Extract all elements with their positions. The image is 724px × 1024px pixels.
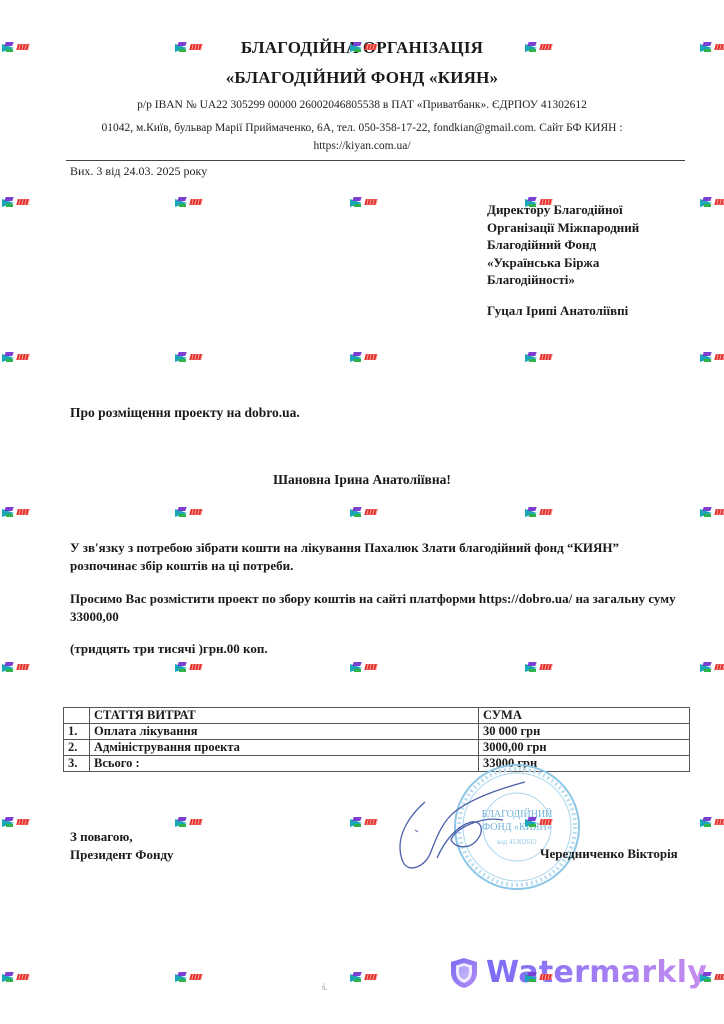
body-paragraph-3: (тридцять три тисячі )грн.00 коп.: [70, 640, 682, 658]
table-row: 2. Адміністрування проекта 3000,00 грн: [64, 740, 690, 756]
charity-logo-icon: [175, 197, 205, 209]
charity-logo-icon: [525, 507, 555, 519]
charity-logo-icon: [700, 662, 724, 674]
row-num: 2.: [64, 740, 90, 756]
charity-logo-icon: [350, 507, 380, 519]
charity-logo-icon: [700, 197, 724, 209]
charity-logo-icon: [525, 42, 555, 54]
charity-logo-icon: [350, 972, 380, 984]
row-num: 1.: [64, 724, 90, 740]
watermarkly-badge: Watermarkly: [450, 955, 707, 990]
body-paragraph-2: Просимо Вас розмістити проект по збору к…: [70, 590, 682, 626]
table-row: 1. Оплата лікування 30 000 грн: [64, 724, 690, 740]
charity-logo-icon: [175, 42, 205, 54]
addressee-line: «Українська Біржа: [487, 254, 687, 272]
expenses-table: СТАТТЯ ВИТРАТ СУМА 1. Оплата лікування 3…: [63, 707, 690, 772]
charity-logo-icon: [700, 507, 724, 519]
scan-artifact: ś.: [322, 982, 328, 992]
charity-logo-icon: [350, 352, 380, 364]
body-paragraph-1: У зв'язку з потребою зібрати кошти на лі…: [70, 539, 682, 575]
charity-logo-icon: [2, 42, 32, 54]
outgoing-reference: Вих. 3 від 24.03. 2025 року: [70, 164, 207, 179]
row-item: Адміністрування проекта: [90, 740, 479, 756]
charity-logo-icon: [2, 662, 32, 674]
addressee-name: Гуцал Ірипі Анатоліївпі: [487, 303, 628, 319]
charity-logo-icon: [2, 352, 32, 364]
signature-icon: [385, 770, 535, 880]
shield-icon: [450, 957, 478, 989]
addressee-line: Директору Благодійної: [487, 201, 687, 219]
charity-logo-icon: [700, 352, 724, 364]
org-address: 01042, м.Київ, бульвар Марії Приймаченко…: [0, 122, 724, 134]
addressee-block: Директору Благодійної Організації Міжпар…: [487, 201, 687, 289]
bank-details: р/р IBAN № UA22 305299 00000 26002046805…: [0, 99, 724, 111]
charity-logo-icon: [2, 507, 32, 519]
charity-logo-icon: [175, 817, 205, 829]
charity-logo-icon: [525, 197, 555, 209]
charity-logo-icon: [350, 817, 380, 829]
charity-logo-icon: [525, 817, 555, 829]
charity-logo-icon: [525, 662, 555, 674]
row-item: Оплата лікування: [90, 724, 479, 740]
charity-logo-icon: [2, 972, 32, 984]
addressee-line: Організації Міжпародний: [487, 219, 687, 237]
charity-logo-icon: [175, 352, 205, 364]
row-amount: 30 000 грн: [479, 724, 690, 740]
watermarkly-text: Watermarkly: [486, 955, 707, 990]
charity-logo-icon: [700, 817, 724, 829]
table-row: 3. Всього : 33000 грн: [64, 756, 690, 772]
letterhead-divider: [66, 160, 685, 161]
org-title-line2: «БЛАГОДІЙНИЙ ФОНД «КИЯН»: [0, 68, 724, 88]
header-item: СТАТТЯ ВИТРАТ: [90, 708, 479, 724]
charity-logo-icon: [700, 42, 724, 54]
charity-logo-icon: [350, 197, 380, 209]
row-num: 3.: [64, 756, 90, 772]
header-num: [64, 708, 90, 724]
charity-logo-icon: [525, 352, 555, 364]
charity-logo-icon: [525, 972, 555, 984]
charity-logo-icon: [175, 507, 205, 519]
charity-logo-icon: [175, 972, 205, 984]
org-website: https://kiyan.com.ua/: [0, 140, 724, 152]
charity-logo-icon: [700, 972, 724, 984]
charity-logo-icon: [2, 817, 32, 829]
charity-logo-icon: [2, 197, 32, 209]
salutation: Шановна Ірина Анатоліївна!: [0, 472, 724, 488]
addressee-line: Благодійний Фонд: [487, 236, 687, 254]
addressee-line: Благодійності»: [487, 271, 687, 289]
closing-block: З повагою, Президент Фонду: [70, 828, 174, 864]
letter-subject: Про розміщення проекту на dobro.ua.: [70, 405, 300, 421]
signer-title: Президент Фонду: [70, 846, 174, 864]
closing-phrase: З повагою,: [70, 828, 174, 846]
letter-page: БЛАГОДІЙНА ОРГАНІЗАЦІЯ «БЛАГОДІЙНИЙ ФОНД…: [0, 0, 724, 1024]
charity-logo-icon: [350, 662, 380, 674]
table-header-row: СТАТТЯ ВИТРАТ СУМА: [64, 708, 690, 724]
signer-name: Чередниченко Вікторія: [540, 846, 678, 862]
header-amount: СУМА: [479, 708, 690, 724]
row-amount: 3000,00 грн: [479, 740, 690, 756]
charity-logo-icon: [350, 42, 380, 54]
charity-logo-icon: [175, 662, 205, 674]
